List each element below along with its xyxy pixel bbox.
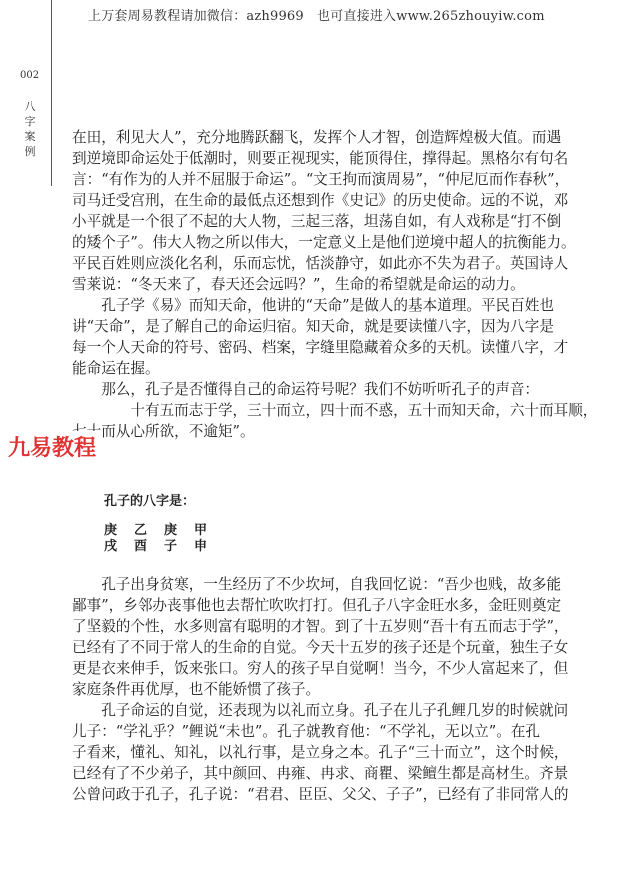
heavenly-stems-row: 庚 乙 庚 甲 — [104, 523, 224, 539]
running-title-char: 八 — [23, 99, 37, 114]
running-title-char: 字 — [23, 114, 37, 129]
earthly-branches-row: 戌 酉 子 申 — [104, 539, 224, 555]
text-line: 小平就是一个很了不起的大人物，三起三落，坦荡自如，有人戏称是“打不倒 — [72, 211, 512, 232]
page-number: 002 — [20, 70, 39, 81]
bazi-chart: 孔子的八字是： 庚 乙 庚 甲 戌 酉 子 申 — [104, 490, 224, 555]
text-line: 言：“有作为的人并不屈服于命运”。“文王拘而演周易”，“仲尼厄而作春秋”， — [72, 169, 512, 190]
text-line: 更是衣来伸手，饭来张口。穷人的孩子早自觉啊！当今，不少人富起来了，但 — [72, 658, 512, 679]
running-title-char: 例 — [23, 144, 37, 159]
stem: 庚 — [104, 523, 134, 539]
text-line: 儿子：“学礼乎？”鲤说“未也”。孔子就教育他：“不学礼，无以立”。在孔 — [72, 721, 512, 742]
text-line: 每一个人天命的符号、密码、档案，字缝里隐藏着众多的天机。读懂八字，才 — [72, 337, 512, 358]
text-line: 已经有了不同于常人的生命的自觉。今天十五岁的孩子还是个玩童，独生子女 — [72, 637, 512, 658]
text-line: 雪莱说：“冬天来了，春天还会远吗？”，生命的希望就是命运的动力。 — [72, 274, 512, 295]
stem: 乙 — [134, 523, 164, 539]
branch: 子 — [164, 539, 194, 555]
stem: 庚 — [164, 523, 194, 539]
body-text-block-1: 在田，利见大人”，充分地腾跃翻飞，发挥个人才智，创造辉煌极大值。而遇 到逆境即命… — [72, 127, 512, 442]
text-line: 孔子命运的自觉，还表现为以礼而立身。孔子在儿子孔鲤几岁的时候就问 — [72, 700, 512, 721]
text-line: 在田，利见大人”，充分地腾跃翻飞，发挥个人才智，创造辉煌极大值。而遇 — [72, 127, 512, 148]
text-line: 讲“天命”，是了解自己的命运归宿。知天命，就是要读懂八字，因为八字是 — [72, 316, 512, 337]
text-line: 能命运在握。 — [72, 358, 512, 379]
text-line: 平民百姓则应淡化名利，乐而忘忧，恬淡静守，如此亦不失为君子。英国诗人 — [72, 253, 512, 274]
text-line: 七十而从心所欲，不逾矩”。 — [72, 421, 512, 442]
text-line: 孔子出身贫寒，一生经历了不少坎坷，自我回忆说：“吾少也贱，故多能 — [72, 574, 512, 595]
header-watermark-note: 上万套周易教程请加微信：azh9969 也可直接进入www.265zhouyiw… — [88, 5, 548, 24]
margin-divider — [51, 0, 52, 186]
text-line: 公曾问政于孔子，孔子说：“君君、臣臣、父父、子子”，已经有了非同常人的 — [72, 784, 512, 805]
branch: 酉 — [134, 539, 164, 555]
text-line: 司马迁受宫刑，在生命的最低点还想到作《史记》的历史使命。远的不说，邓 — [72, 190, 512, 211]
red-watermark-logo: 九易教程 — [8, 431, 98, 462]
text-line: 的矮个子”。伟大人物之所以伟大，一定意义上是他们逆境中超人的抗衡能力。 — [72, 232, 512, 253]
text-line: 子看来，懂礼、知礼，以礼行事，是立身之本。孔子“三十而立”，这个时候， — [72, 742, 512, 763]
text-line: 已经有了不少弟子，其中颜回、冉雍、冉求、商瞿、梁鳣生都是高材生。齐景 — [72, 763, 512, 784]
text-line: 孔子学《易》而知天命，他讲的“天命”是做人的基本道理。平民百姓也 — [72, 295, 512, 316]
branch: 申 — [194, 539, 224, 555]
text-line: 到逆境即命运处于低潮时，则要正视现实，能顶得住，撑得起。黑格尔有句名 — [72, 148, 512, 169]
text-line: 那么，孔子是否懂得自己的命运符号呢？我们不妨听听孔子的声音： — [72, 379, 512, 400]
stem: 甲 — [194, 523, 224, 539]
body-text-block-2: 孔子出身贫寒，一生经历了不少坎坷，自我回忆说：“吾少也贱，故多能 鄙事”，乡邻办… — [72, 574, 512, 805]
running-title-char: 案 — [23, 129, 37, 144]
text-line: 鄙事”，乡邻办丧事他也去帮忙吹吹打打。但孔子八字金旺水多，金旺则奠定 — [72, 595, 512, 616]
text-line: 了坚毅的个性，水多则富有聪明的才智。到了十五岁则“吾十有五而志于学”， — [72, 616, 512, 637]
bazi-title: 孔子的八字是： — [104, 490, 224, 509]
text-line: 十有五而志于学，三十而立，四十而不惑，五十而知天命，六十而耳顺， — [72, 400, 512, 421]
branch: 戌 — [104, 539, 134, 555]
text-line: 家庭条件再优厚，也不能娇惯了孩子。 — [72, 679, 512, 700]
running-title: 八 字 案 例 — [23, 99, 37, 159]
